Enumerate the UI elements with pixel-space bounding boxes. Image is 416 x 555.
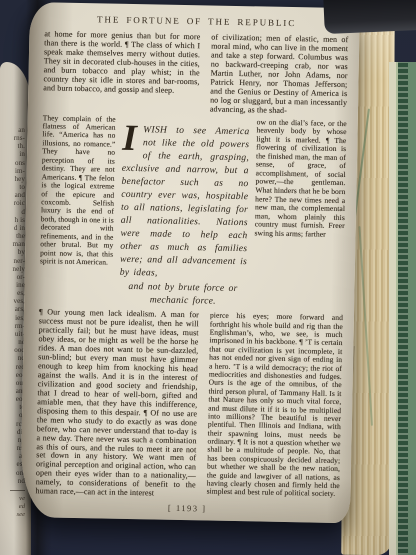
left-column-bottom: ¶ Our young men lack idealism. A man for… — [35, 308, 199, 499]
left-column-narrow: They complain of the flatness of America… — [39, 114, 116, 306]
top-row: at home for more genius than but for mor… — [43, 30, 348, 116]
book-page: THE FORTUNE OF THE REPUBLIC at home for … — [20, 2, 360, 523]
page-number: [ 1193 ] — [35, 500, 339, 516]
left-column-top: at home for more genius than but for mor… — [43, 30, 201, 114]
dollar-bill-bookmark — [389, 62, 416, 555]
page-content: THE FORTUNE OF THE REPUBLIC at home for … — [20, 2, 360, 523]
running-head: THE FORTUNE OF THE REPUBLIC — [45, 13, 349, 29]
bottom-row: ¶ Our young men lack idealism. A man for… — [35, 308, 343, 502]
pull-quote: IWISH to see America not like the old po… — [119, 122, 250, 308]
pencil-scribble — [358, 226, 373, 426]
middle-row: They complain of the flatness of America… — [39, 114, 347, 310]
right-column-narrow: ow on the dial’s face, or the heavenly b… — [253, 118, 347, 310]
pull-quote-closing: and not by brute force or mechanic force… — [119, 280, 246, 309]
drop-cap: I — [122, 122, 143, 152]
photo-scene: an rns- th. in ons im- hey to and roic d… — [0, 0, 416, 555]
book-cover-corner — [323, 0, 416, 34]
right-column-bottom: pierce his eyes; more forward and forthr… — [206, 312, 343, 503]
right-column-top: of civilization; men of elastic, men of … — [210, 33, 349, 116]
